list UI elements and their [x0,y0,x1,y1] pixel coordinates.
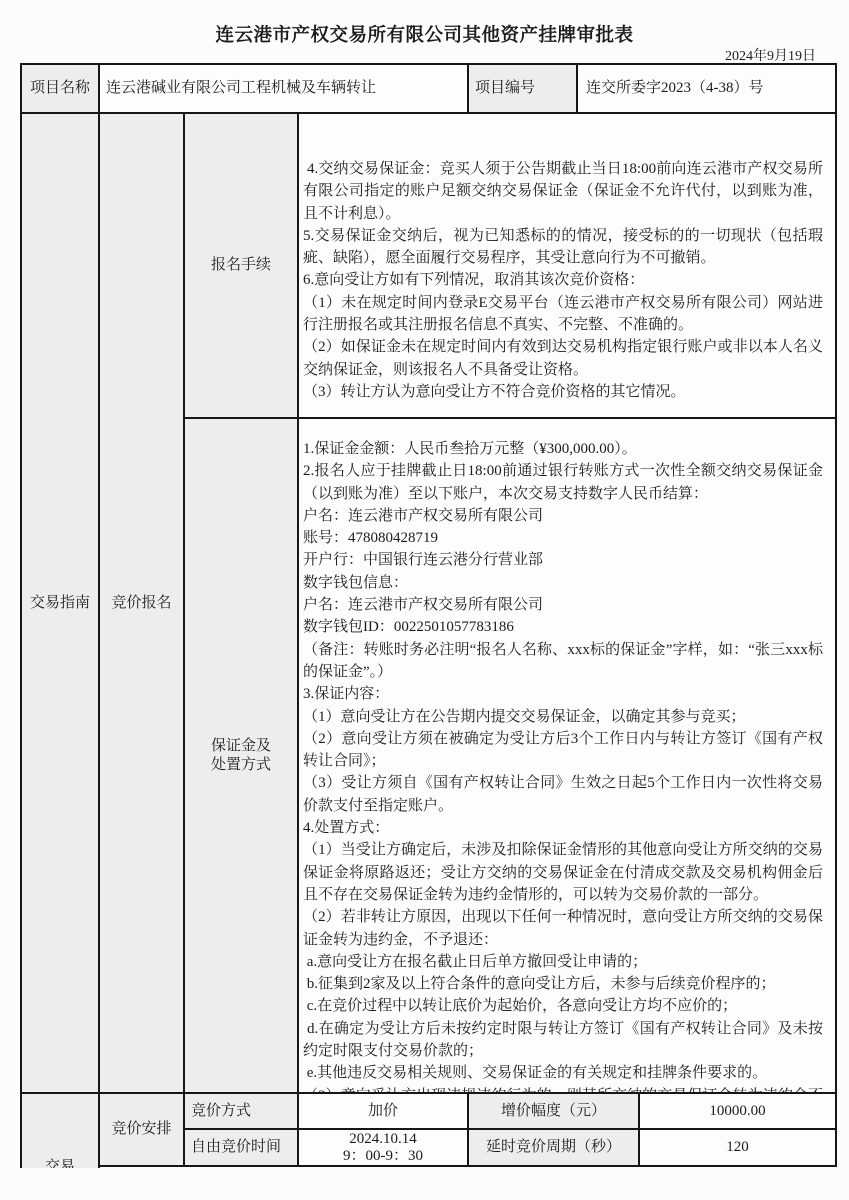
free-bidding-time-value: 2024.10.14 9：00-9：30 [297,1128,469,1167]
group-label-bid-registration: 竞价报名 [98,112,185,1094]
increment-label: 增价幅度（元） [467,1092,640,1130]
increment-value: 10000.00 [638,1092,837,1130]
page-title: 连云港市产权交易所有限公司其他资产挂牌审批表 [0,21,849,47]
overtime-cycle-value: 120 [638,1128,837,1167]
project-name-value: 连云港碱业有限公司工程机械及车辆转让 [98,63,469,114]
project-name-label: 项目名称 [20,63,100,114]
document-page: 连云港市产权交易所有限公司其他资产挂牌审批表 2024年9月19日 项目名称 连… [0,0,849,1200]
project-code-label: 项目编号 [467,63,578,114]
registration-procedure-text: 4.交纳交易保证金：竞买人须于公告期截止当日18:00前向连云港市产权交易所有限… [297,112,837,419]
bid-method-value: 加价 [297,1092,469,1130]
group-label-bid-arrangement: 竞价安排 [98,1092,185,1167]
row-label-registration-procedure: 报名手续 [183,112,299,419]
next-section-label-partial: 交易 [20,1092,100,1172]
section-label-trade-guide: 交易指南 [20,112,100,1094]
free-bidding-time-label: 自由竞价时间 [183,1128,299,1167]
overtime-cycle-label: 延时竞价周期（秒） [467,1128,640,1167]
deposit-disposal-text: 1.保证金金额：人民币叁拾万元整（¥300,000.00）。 2.报名人应于挂牌… [297,417,837,1094]
page-date: 2024年9月19日 [725,45,816,65]
bid-method-label: 竞价方式 [183,1092,299,1130]
page-cut-whitespace [0,1168,849,1200]
project-code-value: 连交所委字2023（4-38）号 [576,63,837,114]
row-label-deposit-disposal: 保证金及 处置方式 [183,417,299,1094]
